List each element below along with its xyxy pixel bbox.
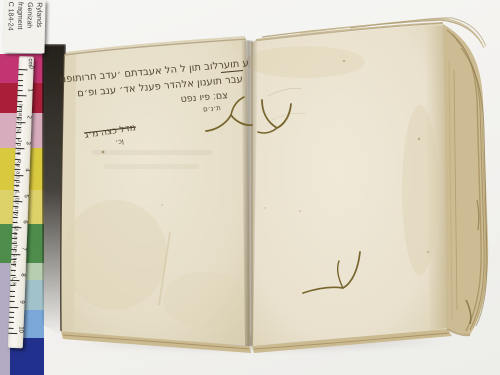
ruler-mark-label: 0 (28, 65, 34, 69)
ruler-mark-label: 3 (25, 141, 31, 145)
ruler-tick-minor (18, 90, 23, 91)
ruler-mark-label: 2 (26, 115, 32, 119)
ruler-tick-minor (9, 328, 14, 329)
ruler-mark-label: 7 (21, 247, 27, 251)
ruler-mark-label: 8 (20, 273, 26, 277)
ruler-mark-label: 1 (27, 89, 33, 93)
manuscript-book: ע תוערלוב תון ל הל אעבדתם ׳עדב חרותופםעב… (0, 0, 500, 375)
photograph-stage: ע תוערלוב תון ל הל אעבדתם ׳עדב חרותופםעב… (0, 0, 500, 375)
ruler-tick-minor (18, 74, 23, 75)
ruler-mark-label: 10 (17, 326, 23, 333)
ruler-tick-minor (18, 85, 23, 86)
ruler-tick-minor (9, 312, 14, 313)
ruler-tick-minor (10, 291, 15, 292)
label-line: Rylands (33, 2, 44, 51)
ruler-ticks: 012345678910 (19, 56, 34, 57)
ruler-tick-minor (10, 296, 15, 297)
ruler-tick-major (8, 333, 17, 334)
ruler-tick-minor (9, 317, 14, 318)
manuscript-line: ןכ׳ (115, 137, 125, 146)
right-page (245, 23, 448, 346)
ruler-tick-major (17, 95, 26, 96)
ruler-tick-minor (9, 322, 14, 323)
ruler-tick-minor (18, 80, 23, 81)
ruler-mark-label: 6 (22, 221, 28, 225)
ruler-tick-major (18, 69, 27, 70)
label-line: Genizah (23, 2, 34, 51)
archival-label: Rylands Genizah fragment C 184-24 (3, 0, 45, 53)
label-line: C 184-24 (4, 2, 15, 51)
fore-edge-stack (443, 24, 488, 336)
ruler-tick-minor (17, 101, 22, 102)
label-line: fragment (14, 2, 25, 51)
ruler-mark-label: 9 (19, 300, 25, 304)
ruler-mark-label: 4 (24, 168, 30, 172)
ruler-mark-label: 5 (23, 194, 29, 198)
manuscript-line: ת׳נ׳ם (203, 104, 222, 114)
ruler-tick-minor (10, 301, 15, 302)
ruler-tick-major (9, 306, 18, 307)
